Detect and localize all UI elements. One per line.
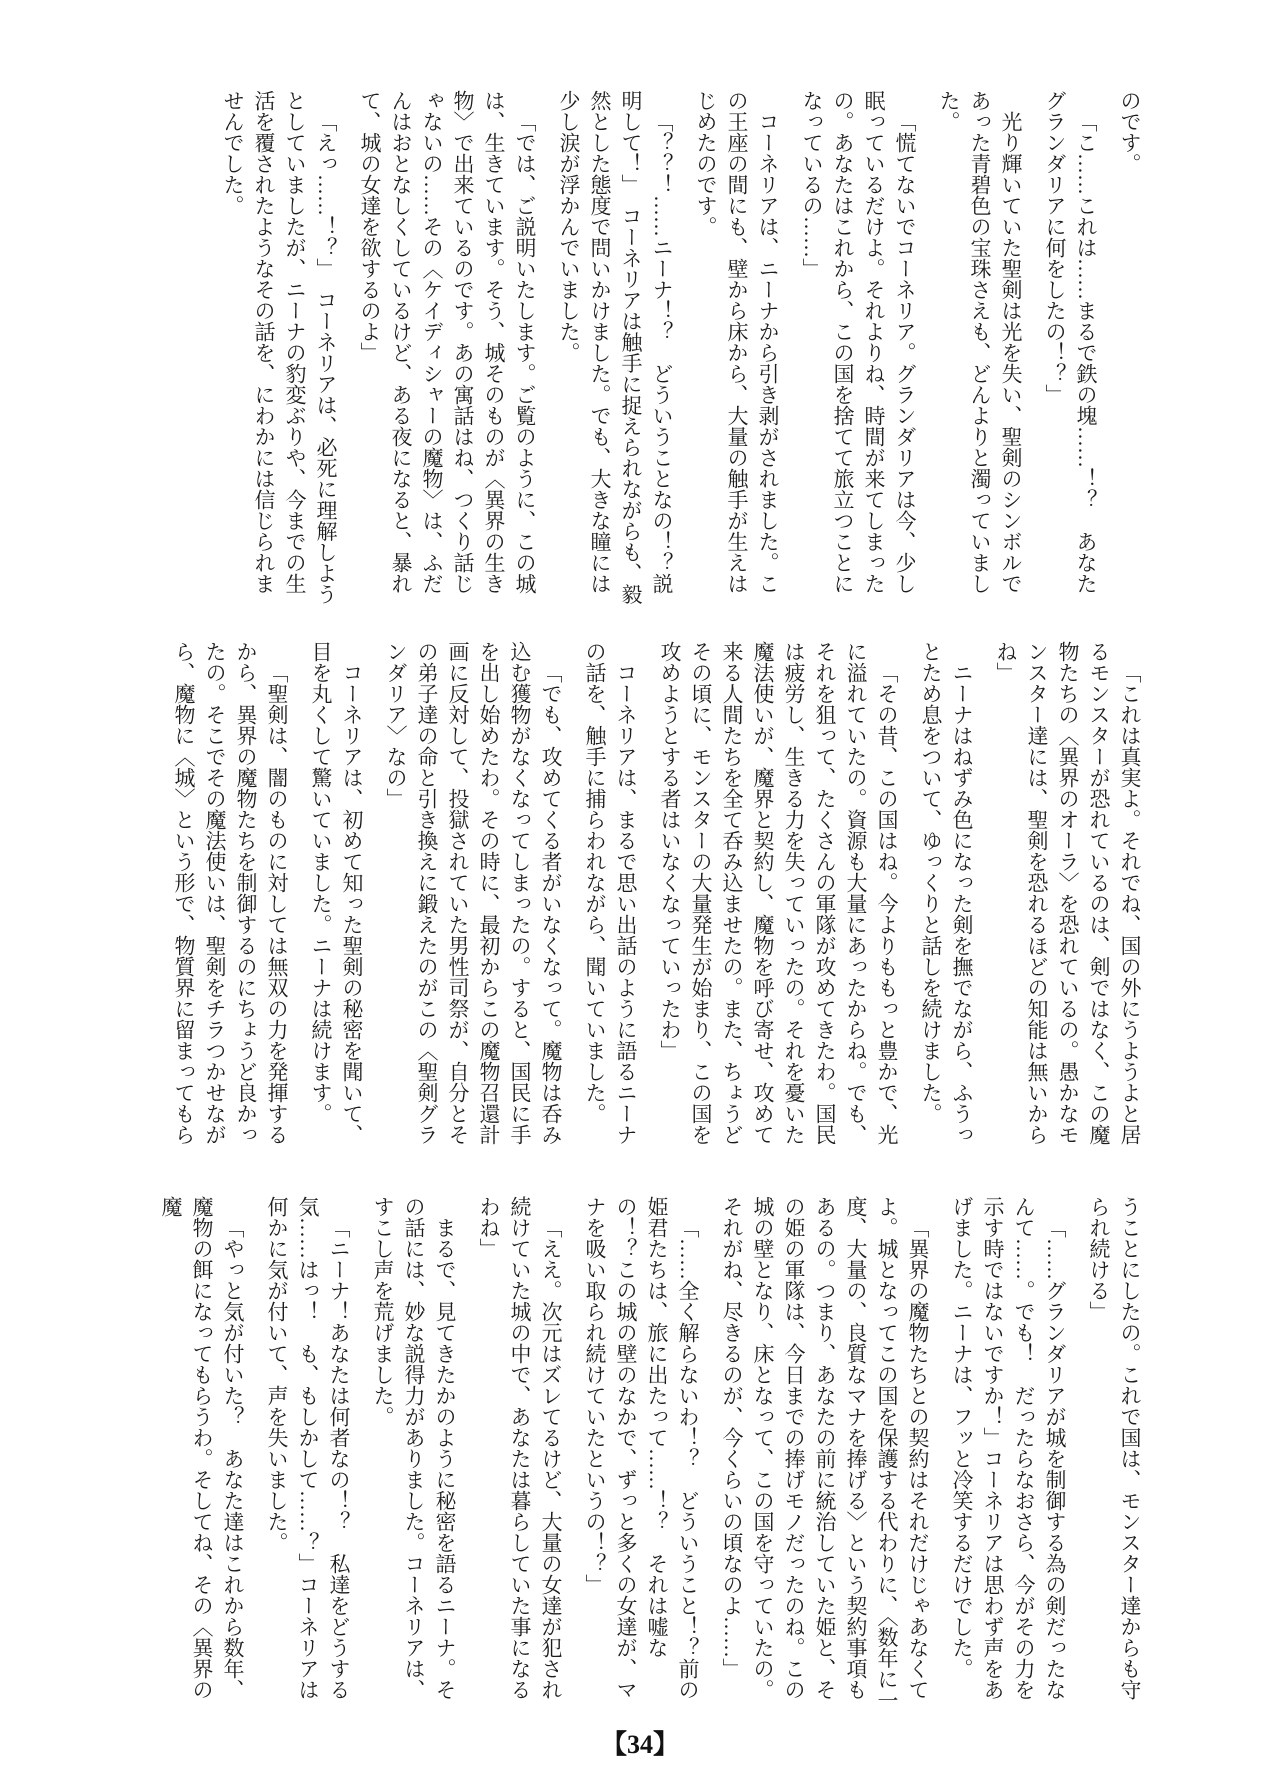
paragraph: 光り輝いていた聖剣は光を失い、聖剣のシンボルであった青碧色の宝珠さえも、どんより… bbox=[933, 90, 1026, 606]
paragraph: 「その昔、この国はね。今よりももっと豊かで、光に溢れていたの。資源も大量にあった… bbox=[654, 641, 902, 1157]
paragraph: のです。 bbox=[1114, 90, 1145, 606]
paragraph: 「これは真実よ。それでね、国の外にうようよと居るモンスターが恐れているのは、剣で… bbox=[990, 641, 1145, 1157]
paragraph: 「でも、攻めてくる者がいなくなって。魔物は呑み込む獲物がなくなってしまったの。す… bbox=[380, 641, 566, 1157]
paragraph: 「こ……これは……まるで鉄の塊……！？ あなたグランダリアに何をしたの！？」 bbox=[1039, 90, 1101, 606]
paragraph: コーネリアは、ニーナから引き剥がされました。この王座の間にも、壁から床から、大量… bbox=[690, 90, 783, 606]
paragraph: コーネリアは、まるで思い出話のように語るニーナの話を、触手に捕らわれながら、聞い… bbox=[579, 641, 641, 1157]
paragraph: 「では、ご説明いたします。ご覧のように、この城は、生きています。そう、城そのもの… bbox=[354, 90, 540, 606]
paragraph: 「ええ。次元はズレてるけど、大量の女達が犯され続けていた城の中で、あなたは暮らし… bbox=[473, 1196, 566, 1712]
paragraph: 「……全く解らないわ！？ どういうこと！？前の姫君たちは、旅に出たって……！？ … bbox=[579, 1196, 703, 1712]
paragraph: 「えっ……！？」 コーネリアは、必死に理解しようとしていましたが、ニーナの豹変ぶ… bbox=[217, 90, 341, 606]
paragraph: コーネリアは、初めて知った聖剣の秘密を聞いて、目を丸くして驚いていました。ニーナ… bbox=[305, 641, 367, 1157]
paragraph: うことにしたの。これで国は、モンスター達からも守られ続ける」 bbox=[1083, 1196, 1145, 1712]
page-number: 【34】 bbox=[0, 1724, 1280, 1761]
paragraph: 「やっと気が付いた？ あなた達はこれから数年、魔物の餌になってもらうわ。そしてね… bbox=[155, 1196, 248, 1712]
paragraph: 「異界の魔物たちとの契約はそれだけじゃあなくてよ。城となってこの国を保護する代わ… bbox=[716, 1196, 933, 1712]
text-band-top: のです。 「こ……これは……まるで鉄の塊……！？ あなたグランダリアに何をしたの… bbox=[133, 90, 1145, 606]
paragraph: 「？？！……ニーナ！？ どういうことなの！？説明して！」 コーネリアは触手に捉え… bbox=[553, 90, 677, 606]
text-band-bottom: うことにしたの。これで国は、モンスター達からも守られ続ける」 「……グランダリア… bbox=[133, 1196, 1145, 1712]
paragraph: ニーナはねずみ色になった剣を撫でながら、ふうっとため息をついて、ゆっくりと話しを… bbox=[915, 641, 977, 1157]
paragraph: 「ニーナ！あなたは何者なの！？ 私達をどうする気……はっ！ も、もしかして……？… bbox=[261, 1196, 354, 1712]
paragraph: 「慌てないでコーネリア。グランダリアは今、少し眠っているだけよ。それよりね、時間… bbox=[796, 90, 920, 606]
paragraph: 「聖剣は、闇のものに対しては無双の力を発揮するから、異界の魔物たちを制御するのに… bbox=[168, 641, 292, 1157]
paragraph: 「……グランダリアが城を制御する為の剣だったなんて……。でも！ だったらなおさら… bbox=[946, 1196, 1070, 1712]
novel-page: のです。 「こ……これは……まるで鉄の塊……！？ あなたグランダリアに何をしたの… bbox=[0, 0, 1280, 1791]
text-band-middle: 「これは真実よ。それでね、国の外にうようよと居るモンスターが恐れているのは、剣で… bbox=[133, 641, 1145, 1157]
paragraph: まるで、見てきたかのように秘密を語るニーナ。その話には、妙な説得力がありました。… bbox=[367, 1196, 460, 1712]
